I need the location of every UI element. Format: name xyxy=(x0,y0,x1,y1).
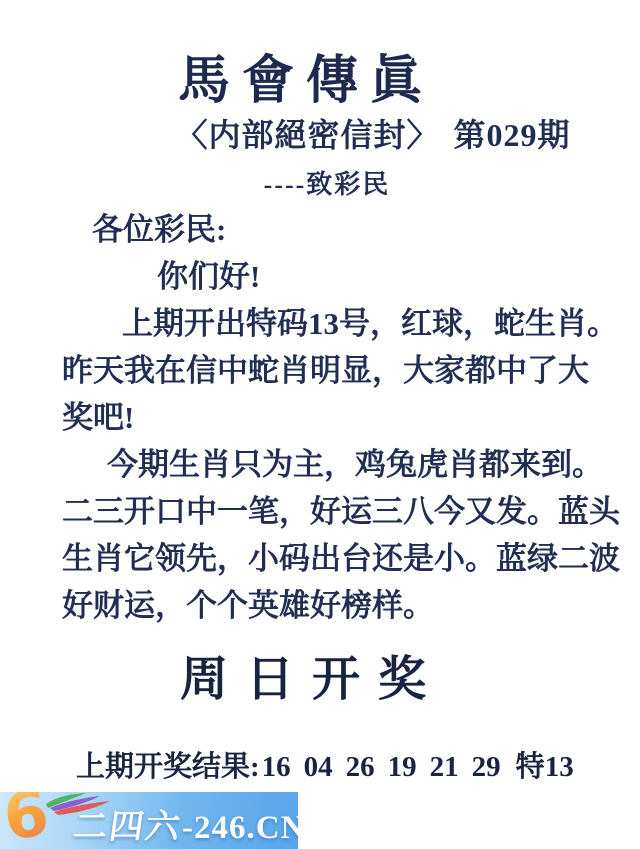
results-label: 上期开奖结果: xyxy=(76,751,260,783)
special-number: 13 xyxy=(545,751,574,783)
special-number-label: 特 xyxy=(516,751,545,783)
letter-body: 各位彩民: 你们好! 上期开出特码13号，红球，蛇生肖。 昨天我在信中蛇肖明显，… xyxy=(62,206,640,629)
logo-domain: -246.CN xyxy=(182,810,298,847)
body-line: 二三开口中一笔，好运三八今又发。蓝头 xyxy=(62,488,640,535)
site-logo-banner: 6 二四六 -246.CN xyxy=(0,792,298,849)
previous-results-line: 上期开奖结果:160426192129特13 xyxy=(76,744,574,785)
page-title: 馬會傳眞 xyxy=(0,38,612,113)
salutation-line: 各位彩民: xyxy=(62,206,640,253)
body-line: 上期开出特码13号，红球，蛇生肖。 xyxy=(62,300,640,347)
body-line: 奖吧! xyxy=(62,394,640,441)
result-number: 19 xyxy=(388,751,417,783)
issue-number: 第029期 xyxy=(454,117,571,153)
greeting-line: 你们好! xyxy=(62,253,640,300)
subtitle: 〈内部絕密信封〉第029期 xyxy=(106,110,640,156)
fax-sheet: 馬會傳眞 〈内部絕密信封〉第029期 ----致彩民 各位彩民: 你们好! 上期… xyxy=(0,0,640,849)
body-line: 今期生肖只为主，鸡兔虎肖都来到。 xyxy=(62,441,640,488)
result-number: 21 xyxy=(430,751,459,783)
result-number: 04 xyxy=(304,751,333,783)
body-line: 昨天我在信中蛇肖明显，大家都中了大 xyxy=(62,347,640,394)
body-line: 好财运，个个英雄好榜样。 xyxy=(62,582,640,629)
result-number: 16 xyxy=(262,751,291,783)
body-line: 生肖它领先，小码出台还是小。蓝绿二波 xyxy=(62,535,640,582)
subtitle-envelope: 〈内部絕密信封〉 xyxy=(175,117,439,153)
draw-day-notice: 周日开奖 xyxy=(0,640,624,709)
dedication-line: ----致彩民 xyxy=(14,164,640,201)
logo-text: 二四六 -246.CN xyxy=(74,799,298,848)
result-number: 29 xyxy=(472,751,501,783)
result-number: 26 xyxy=(346,751,375,783)
logo-site-name: 二四六 xyxy=(71,799,186,848)
